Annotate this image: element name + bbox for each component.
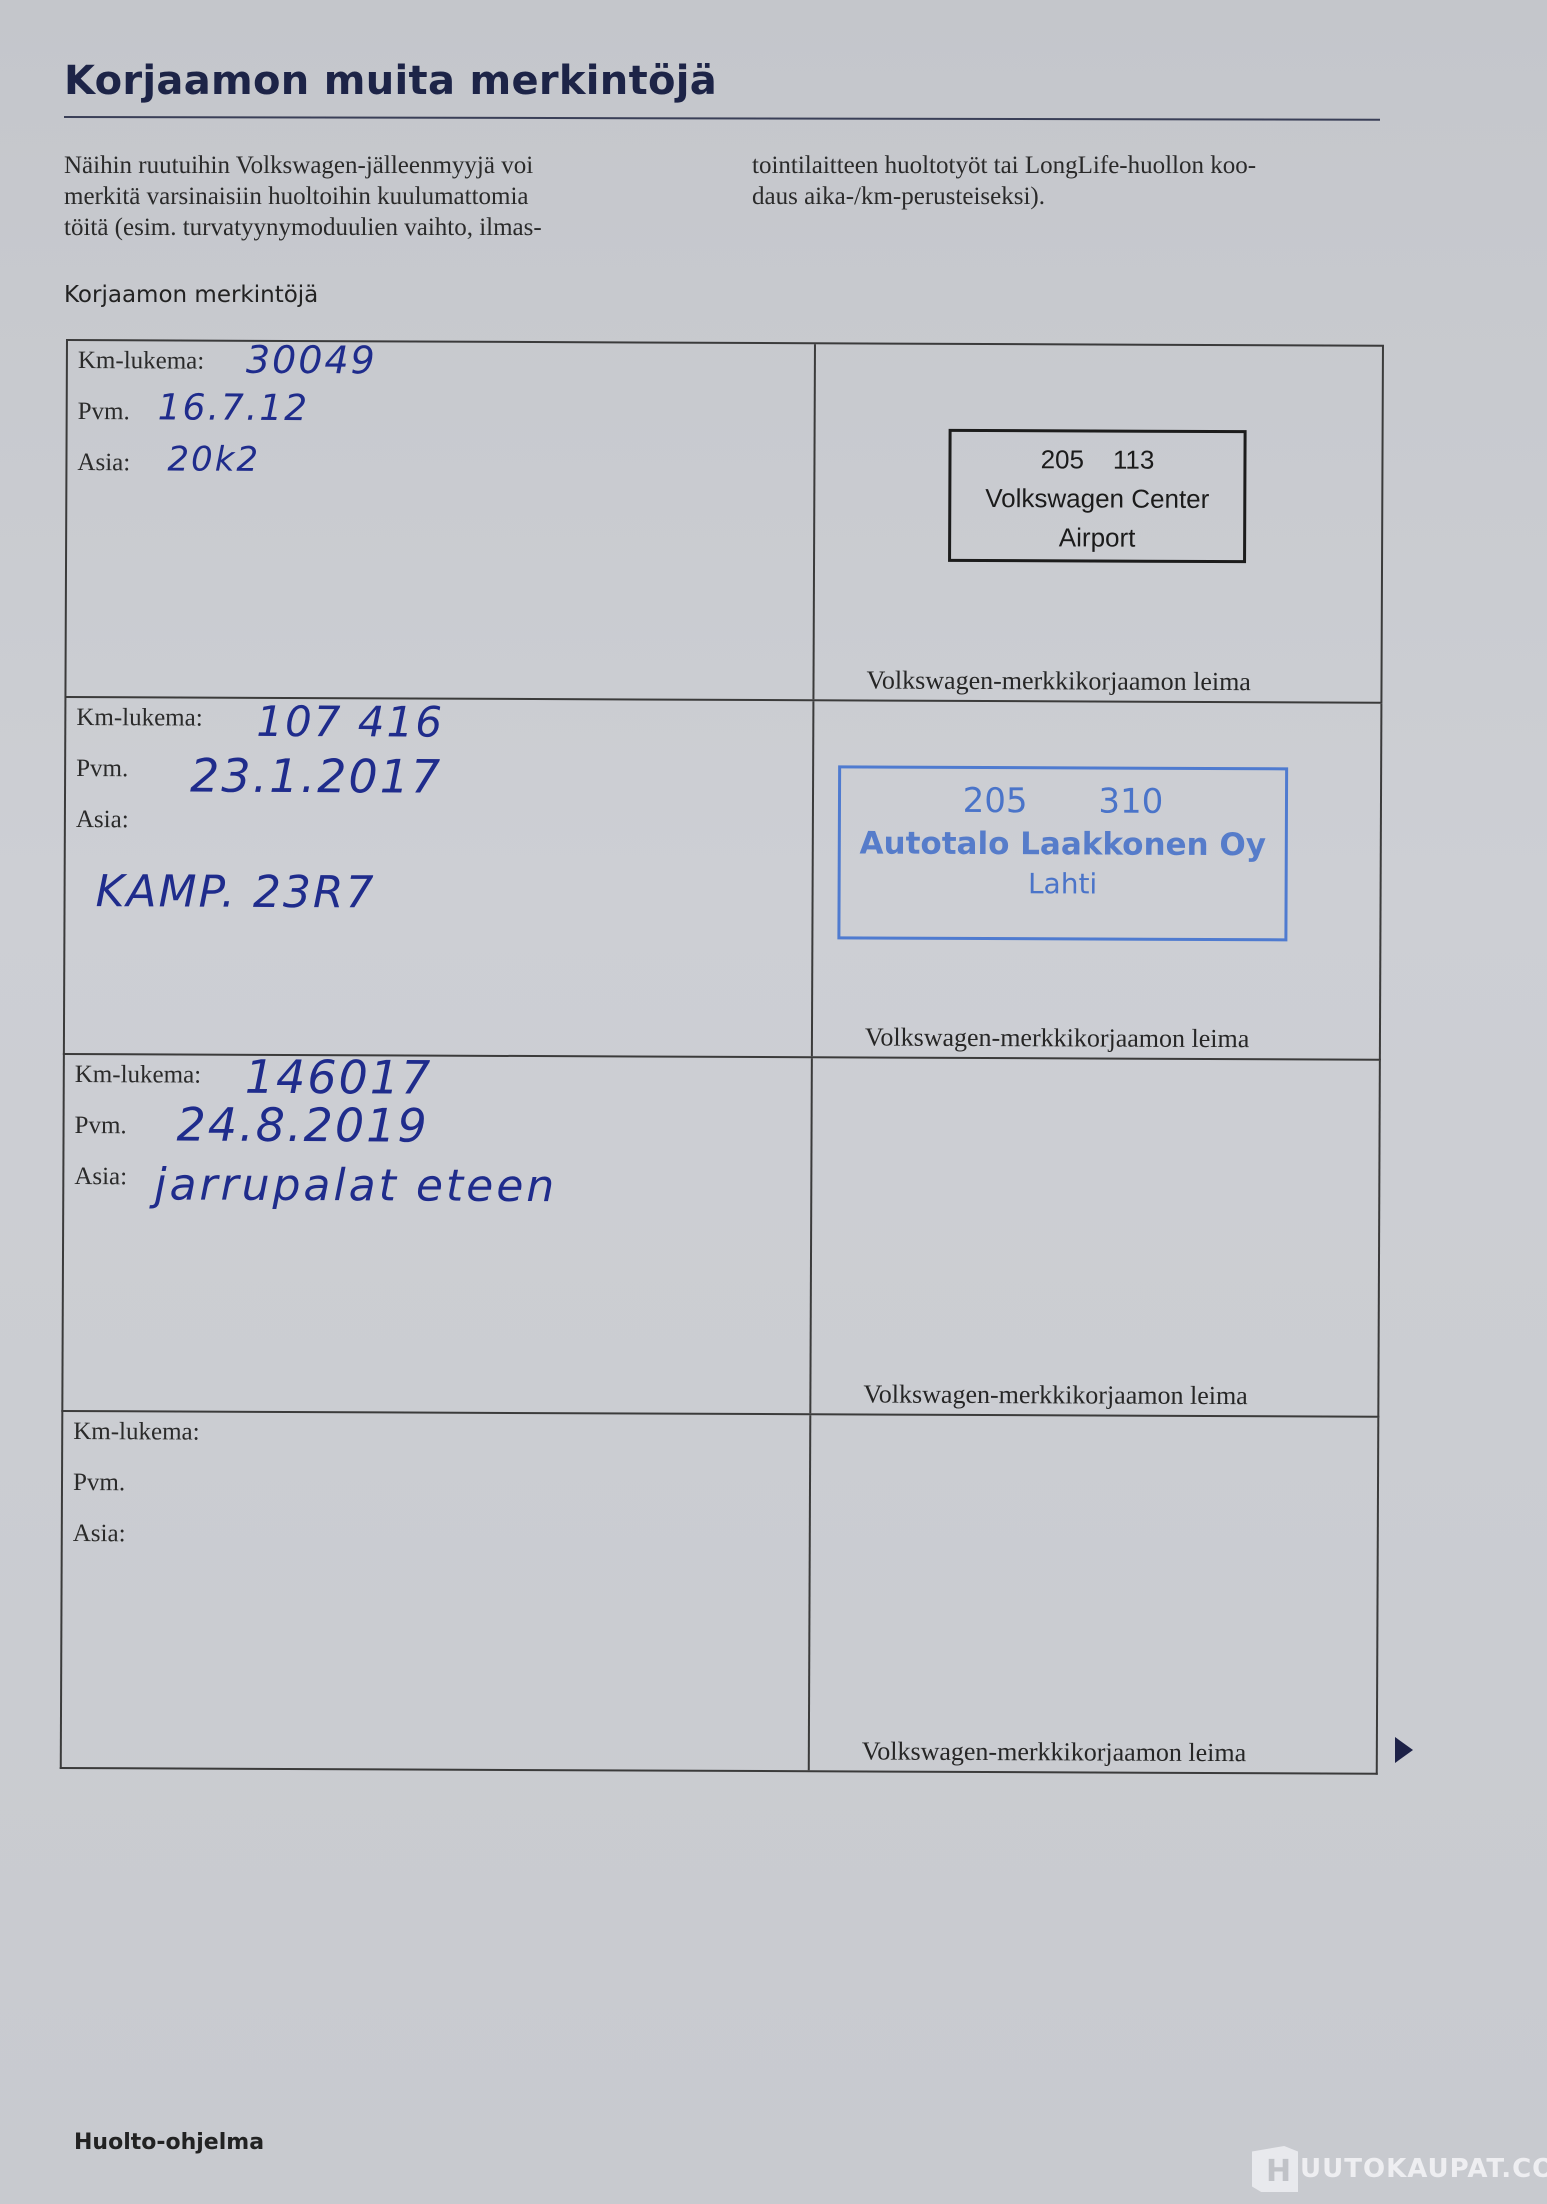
- intro-line: merkitä varsinaisiin huoltoihin kuulumat…: [64, 181, 704, 212]
- entry-details: Km-lukema: 30049 Pvm. 16.7.12 Asia: 20k2: [66, 341, 816, 699]
- stamp-area: 205 113 Volkswagen Center Airport Volksw…: [814, 344, 1382, 701]
- km-value[interactable]: 146017: [245, 1050, 433, 1105]
- km-label: Km-lukema:: [75, 1061, 201, 1090]
- entry-row: Km-lukema: 146017 Pvm. 24.8.2019 Asia: j…: [61, 1055, 1381, 1418]
- watermark-logo-letter: H: [1266, 2154, 1292, 2189]
- intro-line: tointilaitteen huoltotyöt tai LongLife-h…: [752, 150, 1392, 181]
- date-label: Pvm.: [78, 398, 130, 426]
- km-value[interactable]: 107 416: [256, 697, 444, 747]
- stamp-label: Volkswagen-merkkikorjaamon leima: [865, 1022, 1250, 1054]
- km-label: Km-lukema:: [73, 1418, 199, 1447]
- next-page-arrow-icon[interactable]: [1395, 1737, 1413, 1763]
- page-title: Korjaamon muita merkintöjä: [64, 58, 717, 104]
- intro-line: töitä (esim. turvatyynymoduulien vaihto,…: [64, 212, 704, 243]
- watermark: H UUTOKAUPAT.COM: [1252, 2146, 1547, 2192]
- date-value[interactable]: 16.7.12: [158, 387, 310, 429]
- intro-line: Näihin ruutuihin Volkswagen-jälleenmyyjä…: [64, 150, 704, 181]
- entry-details: Km-lukema: Pvm. Asia:: [62, 1412, 812, 1770]
- km-label: Km-lukema:: [76, 704, 202, 733]
- watermark-text: UUTOKAUPAT.COM: [1300, 2154, 1547, 2184]
- intro-line: daus aika-/km-perusteiseksi).: [752, 181, 1392, 212]
- stamp-code-b: 310: [1098, 782, 1163, 822]
- subject-label: Asia:: [77, 449, 130, 477]
- entry-details: Km-lukema: 107 416 Pvm. 23.1.2017 Asia: …: [65, 698, 815, 1056]
- km-label: Km-lukema:: [78, 347, 204, 376]
- stamp-code: 205 310: [841, 778, 1285, 824]
- section-label: Korjaamon merkintöjä: [64, 282, 318, 308]
- title-rule: [64, 116, 1380, 121]
- entry-row: Km-lukema: 30049 Pvm. 16.7.12 Asia: 20k2…: [64, 339, 1384, 704]
- stamp-area: Volkswagen-merkkikorjaamon leima: [811, 1058, 1379, 1415]
- intro-text-left: Näihin ruutuihin Volkswagen-jälleenmyyjä…: [64, 150, 704, 243]
- dealer-stamp: 205 113 Volkswagen Center Airport: [948, 429, 1247, 563]
- date-value[interactable]: 23.1.2017: [190, 749, 442, 804]
- stamp-label: Volkswagen-merkkikorjaamon leima: [862, 1736, 1247, 1768]
- stamp-code-a: 205: [963, 781, 1028, 821]
- subject-label: Asia:: [76, 806, 129, 834]
- stamp-area: Volkswagen-merkkikorjaamon leima: [810, 1415, 1378, 1772]
- stamp-label: Volkswagen-merkkikorjaamon leima: [866, 665, 1251, 697]
- subject-label: Asia:: [73, 1520, 126, 1548]
- km-value[interactable]: 30049: [246, 338, 377, 383]
- stamp-city: Airport: [951, 518, 1243, 558]
- date-label: Pvm.: [75, 1112, 127, 1140]
- stamp-city: Lahti: [841, 864, 1285, 904]
- entry-row: Km-lukema: Pvm. Asia: Volkswagen-merkkik…: [60, 1412, 1380, 1775]
- dealer-stamp: 205 310 Autotalo Laakkonen Oy Lahti: [837, 765, 1288, 941]
- watermark-logo-icon: H: [1252, 2146, 1298, 2192]
- date-label: Pvm.: [76, 755, 128, 783]
- footer-section-name: Huolto-ohjelma: [74, 2130, 264, 2155]
- subject-value[interactable]: KAMP. 23R7: [95, 866, 375, 918]
- stamp-code: 205 113: [951, 440, 1243, 480]
- workshop-entries-table: Km-lukema: 30049 Pvm. 16.7.12 Asia: 20k2…: [60, 339, 1384, 1775]
- intro-text-right: tointilaitteen huoltotyöt tai LongLife-h…: [752, 150, 1392, 212]
- stamp-name: Autotalo Laakkonen Oy: [841, 822, 1285, 866]
- subject-label: Asia:: [74, 1163, 127, 1191]
- date-label: Pvm.: [73, 1469, 125, 1497]
- entry-row: Km-lukema: 107 416 Pvm. 23.1.2017 Asia: …: [63, 698, 1383, 1061]
- stamp-label: Volkswagen-merkkikorjaamon leima: [863, 1379, 1248, 1411]
- subject-value[interactable]: 20k2: [167, 439, 260, 479]
- stamp-area: 205 310 Autotalo Laakkonen Oy Lahti Volk…: [813, 701, 1381, 1058]
- entry-details: Km-lukema: 146017 Pvm. 24.8.2019 Asia: j…: [63, 1055, 813, 1413]
- subject-value[interactable]: jarrupalat eteen: [154, 1159, 557, 1212]
- stamp-name: Volkswagen Center: [951, 479, 1243, 519]
- date-value[interactable]: 24.8.2019: [176, 1097, 428, 1152]
